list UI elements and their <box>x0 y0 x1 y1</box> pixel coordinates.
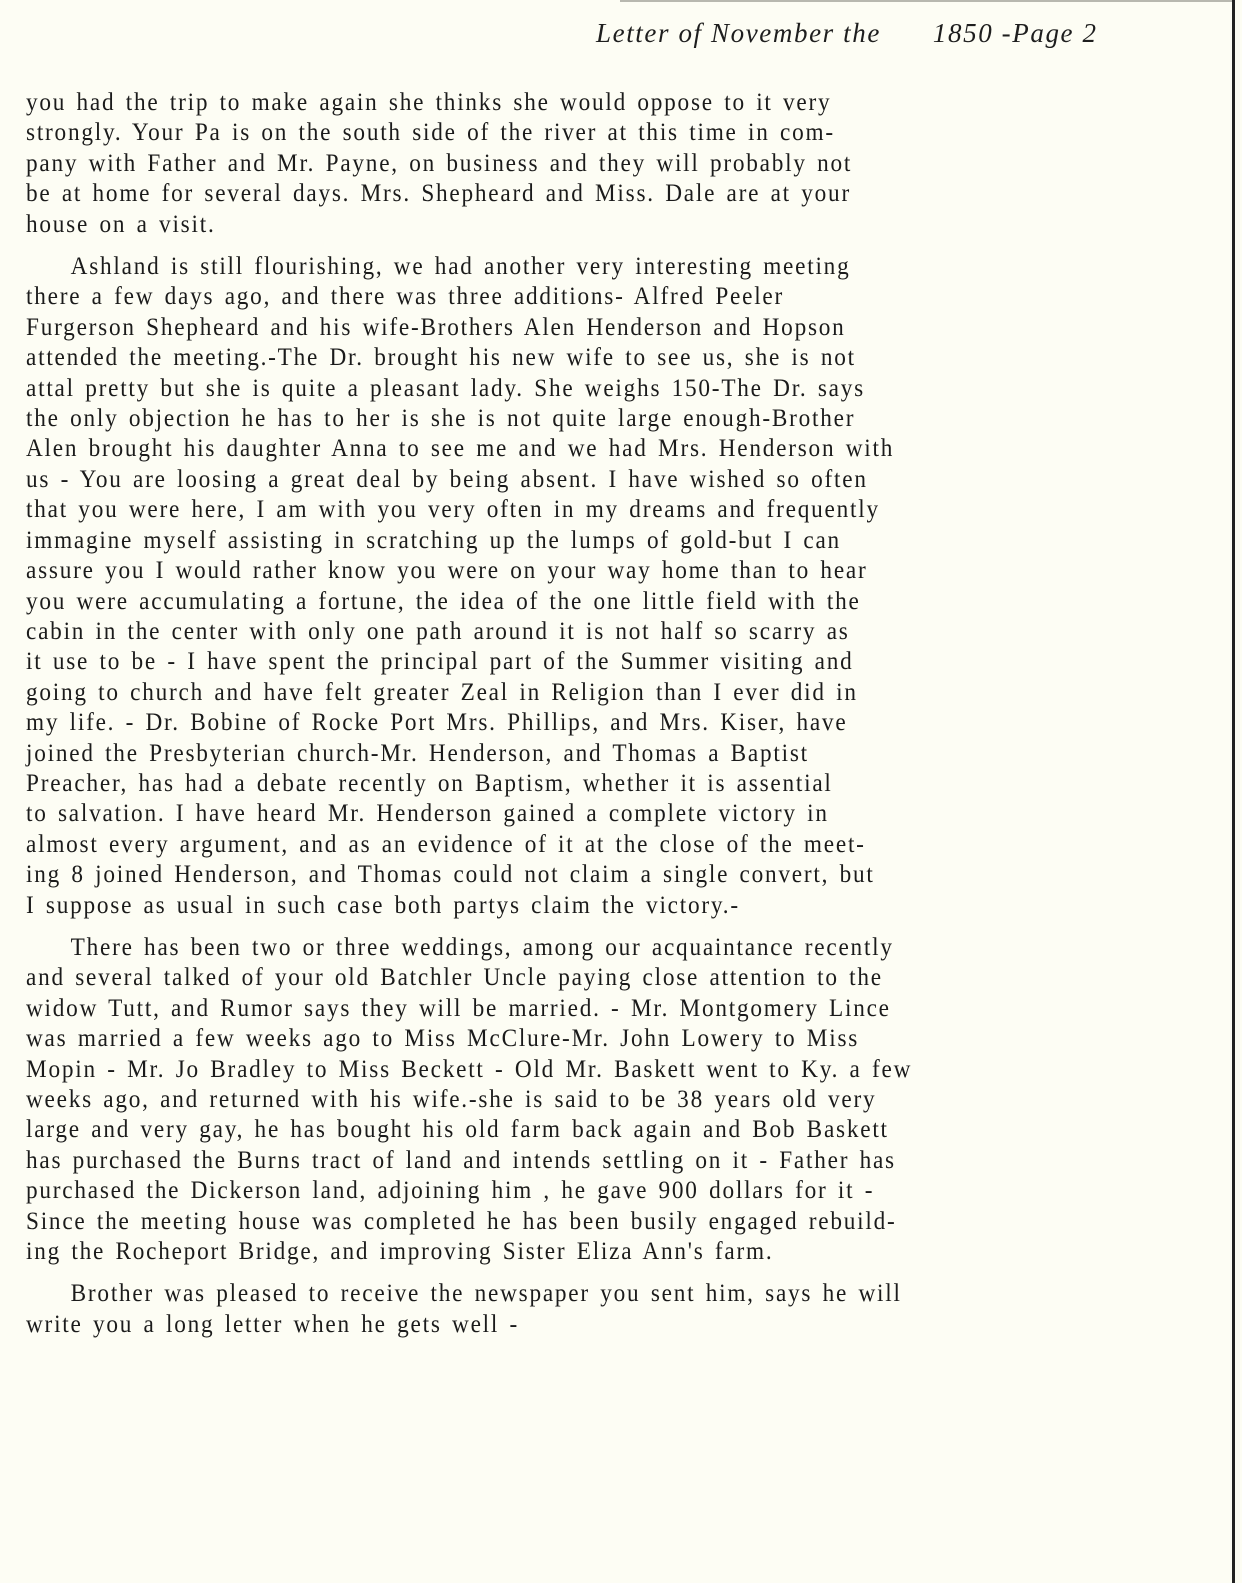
text-line: to salvation. I have heard Mr. Henderson… <box>26 799 1142 829</box>
text-line: house on a visit. <box>26 210 1142 240</box>
text-line: be at home for several days. Mrs. Shephe… <box>26 179 1142 209</box>
text-line: large and very gay, he has bought his ol… <box>26 1115 1142 1145</box>
text-line: ing 8 joined Henderson, and Thomas could… <box>26 860 1142 890</box>
text-line: joined the Presbyterian church-Mr. Hende… <box>26 739 1142 769</box>
text-line: there a few days ago, and there was thre… <box>26 282 1142 312</box>
text-line: you were accumulating a fortune, the ide… <box>26 587 1142 617</box>
text-line: us - You are loosing a great deal by bei… <box>26 465 1142 495</box>
text-line: pany with Father and Mr. Payne, on busin… <box>26 149 1142 179</box>
text-line: and several talked of your old Batchler … <box>26 963 1142 993</box>
text-line: There has been two or three weddings, am… <box>26 933 1142 963</box>
text-line: write you a long letter when he gets wel… <box>26 1310 1142 1340</box>
text-line: attal pretty but she is quite a pleasant… <box>26 374 1142 404</box>
text-line: Since the meeting house was completed he… <box>26 1207 1142 1237</box>
top-rule-divider <box>620 0 1234 2</box>
text-line: cabin in the center with only one path a… <box>26 617 1142 647</box>
text-line: almost every argument, and as an evidenc… <box>26 830 1142 860</box>
right-page-border <box>1232 0 1235 1583</box>
text-line: assure you I would rather know you were … <box>26 556 1142 586</box>
text-line: widow Tutt, and Rumor says they will be … <box>26 994 1142 1024</box>
text-line: Alen brought his daughter Anna to see me… <box>26 434 1142 464</box>
text-line: weeks ago, and returned with his wife.-s… <box>26 1085 1142 1115</box>
letter-body: you had the trip to make again she think… <box>26 88 1226 1352</box>
header-title: Letter of November the <box>596 18 881 48</box>
text-line: going to church and have felt greater Ze… <box>26 678 1142 708</box>
text-line: Furgerson Shepheard and his wife-Brother… <box>26 313 1142 343</box>
text-line: I suppose as usual in such case both par… <box>26 891 1142 921</box>
text-line: strongly. Your Pa is on the south side o… <box>26 118 1142 148</box>
text-line: ing the Rocheport Bridge, and improving … <box>26 1237 1142 1267</box>
text-line: Preacher, has had a debate recently on B… <box>26 769 1142 799</box>
paragraph-1: you had the trip to make again she think… <box>26 88 1226 240</box>
letter-page: Letter of November the1850 -Page 2 you h… <box>0 0 1242 1583</box>
text-line: my life. - Dr. Bobine of Rocke Port Mrs.… <box>26 708 1142 738</box>
text-line: was married a few weeks ago to Miss McCl… <box>26 1024 1142 1054</box>
text-line: that you were here, I am with you very o… <box>26 495 1142 525</box>
text-line: Ashland is still flourishing, we had ano… <box>26 252 1142 282</box>
text-line: immagine myself assisting in scratching … <box>26 526 1142 556</box>
text-line: the only objection he has to her is she … <box>26 404 1142 434</box>
text-line: Brother was pleased to receive the newsp… <box>26 1279 1142 1309</box>
page-header: Letter of November the1850 -Page 2 <box>596 18 1216 49</box>
paragraph-2: Ashland is still flourishing, we had ano… <box>26 252 1226 921</box>
text-line: it use to be - I have spent the principa… <box>26 647 1142 677</box>
paragraph-3: There has been two or three weddings, am… <box>26 933 1226 1267</box>
header-year-page: 1850 -Page 2 <box>933 18 1098 48</box>
text-line: Mopin - Mr. Jo Bradley to Miss Beckett -… <box>26 1055 1142 1085</box>
text-line: attended the meeting.-The Dr. brought hi… <box>26 343 1142 373</box>
paragraph-4: Brother was pleased to receive the newsp… <box>26 1279 1226 1340</box>
text-line: has purchased the Burns tract of land an… <box>26 1146 1142 1176</box>
text-line: purchased the Dickerson land, adjoining … <box>26 1176 1142 1206</box>
text-line: you had the trip to make again she think… <box>26 88 1142 118</box>
